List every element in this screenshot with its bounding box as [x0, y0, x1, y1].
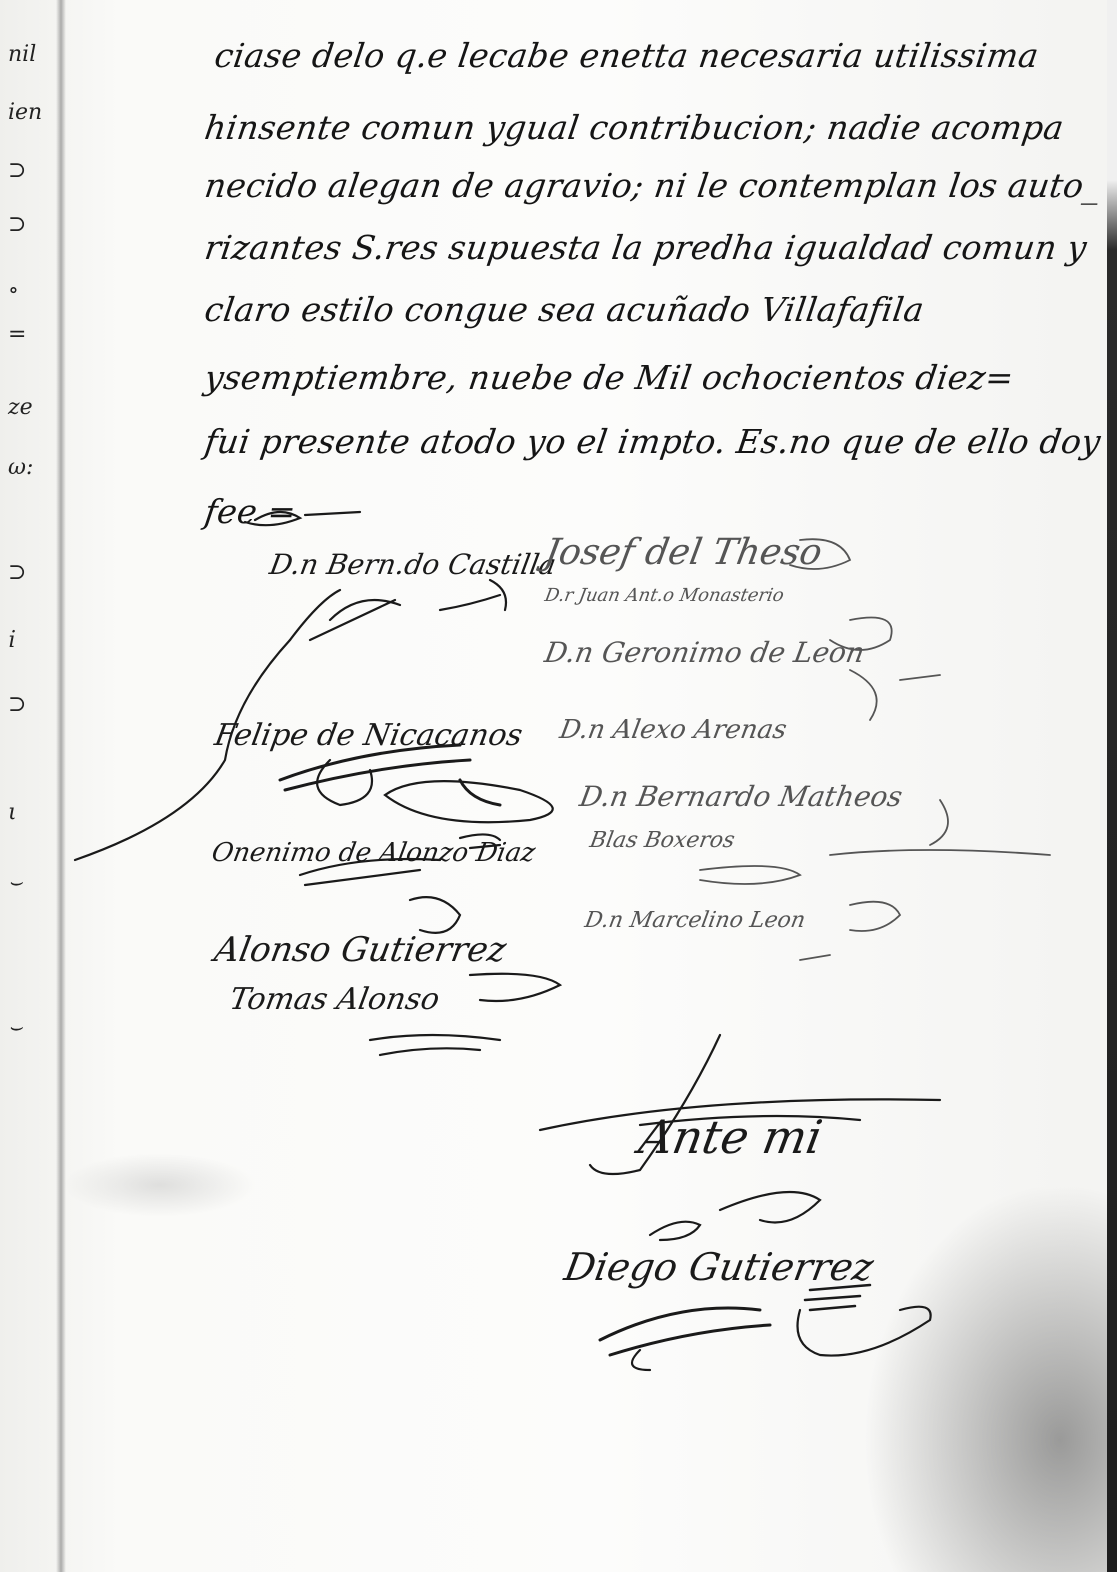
body-line-2: hinsente comun ygual contribucion; nadie… — [202, 108, 1066, 147]
margin-fragment: ∘ — [8, 278, 19, 303]
signature-bernardo-castilla: D.n Bern.do Castilla — [267, 548, 559, 581]
signature-geronimo-leon: D.n Geronimo de Leon — [542, 636, 867, 669]
signature-juan-monasterio: D.r Juan Ant.o Monasterio — [543, 585, 785, 606]
body-line-5: claro estilo congue sea acuñado Villafaf… — [202, 290, 926, 329]
body-line-8: fee = — [202, 492, 298, 531]
margin-fragment: ι — [8, 800, 17, 825]
margin-fragment: ⌣ — [8, 870, 22, 895]
manuscript-page: nil ien ⊃ ⊃ ∘ = ze ω: ⊃ ı̇ ⊃ ι ⌣ ⌣ ciase… — [0, 0, 1117, 1572]
margin-fragment: ı̇ — [8, 628, 15, 653]
signature-alexo-arenas: D.n Alexo Arenas — [557, 715, 789, 745]
margin-fragment: = — [8, 322, 26, 347]
page-edge — [1107, 0, 1117, 1572]
body-line-3: necido alegan de agravio; ni le contempl… — [202, 166, 1103, 205]
signature-onenimo-diaz: Onenimo de Alonzo Diaz — [209, 838, 537, 868]
margin-fragment: ⊃ — [8, 560, 26, 585]
margin-fragment: ⌣ — [8, 1015, 22, 1040]
binding-gutter — [56, 0, 66, 1572]
margin-fragment: ze — [8, 395, 33, 420]
body-line-7: fui presente atodo yo el impto. Es.no qu… — [202, 422, 1103, 461]
margin-fragment: nil — [8, 42, 36, 67]
margin-fragment: ω: — [8, 455, 33, 480]
margin-fragment: ⊃ — [8, 212, 26, 237]
body-line-1: ciase delo q.e lecabe enetta necesaria u… — [212, 36, 1041, 75]
signature-josef-theso: Josef del Theso — [541, 532, 825, 573]
signature-marcelino-leon: D.n Marcelino Leon — [583, 908, 807, 933]
notary-signature: Diego Gutierrez — [561, 1245, 877, 1289]
signature-felipe-nicacanos: Felipe de Nicacanos — [212, 718, 525, 753]
margin-fragment: ⊃ — [8, 692, 26, 717]
margin-fragment: ien — [8, 100, 42, 125]
signature-bernardo-matheos: D.n Bernardo Matheos — [577, 780, 905, 813]
signature-tomas-alonso: Tomas Alonso — [227, 982, 442, 1017]
margin-fragment: ⊃ — [8, 158, 26, 183]
signature-blas-boxeros: Blas Boxeros — [588, 828, 737, 853]
signature-alonso-gutierrez: Alonso Gutierrez — [211, 930, 509, 970]
body-line-6: ysemptiembre, nuebe de Mil ochocientos d… — [202, 358, 1016, 397]
body-line-4: rizantes S.res supuesta la predha iguald… — [202, 228, 1089, 267]
ante-mi-text: Ante mi — [635, 1110, 826, 1164]
